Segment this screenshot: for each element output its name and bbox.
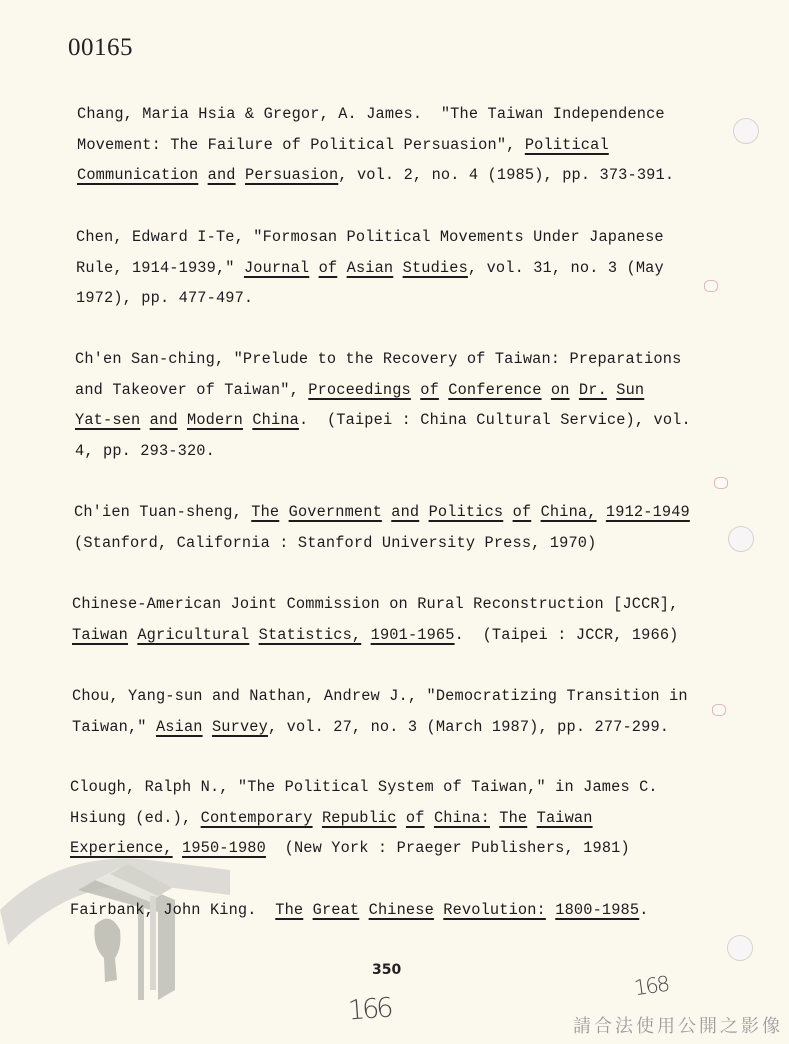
entry-text: (New York : Praeger Publishers, 1981) <box>266 839 630 857</box>
entry-text <box>527 809 536 827</box>
bibliography-entry: Chou, Yang-sun and Nathan, Andrew J., "D… <box>72 681 688 742</box>
bibliography-entry: Fairbank, John King. The Great Chinese R… <box>70 895 649 926</box>
entry-text <box>570 381 579 399</box>
underlined-title-word: of <box>513 503 532 521</box>
entry-text <box>236 166 245 184</box>
underlined-title-word: Conference <box>448 381 541 399</box>
entry-text: Chou, Yang-sun and Nathan, Andrew J., "D… <box>72 687 688 705</box>
entry-text <box>503 503 512 521</box>
entry-text <box>198 166 207 184</box>
handwritten-page-note: 168 <box>632 972 669 1001</box>
underlined-title-word: China <box>252 411 299 429</box>
entry-text <box>359 901 368 919</box>
handwritten-page-note: 166 <box>347 993 392 1027</box>
entry-text <box>243 411 252 429</box>
underlined-title-word: Journal <box>244 259 309 277</box>
underlined-title-word: Persuasion <box>245 166 338 184</box>
entry-text: 1972), pp. 477-497. <box>76 289 253 307</box>
document-number: 00165 <box>68 34 133 62</box>
underlined-title-word: Chinese <box>369 901 434 919</box>
entry-text <box>397 809 406 827</box>
entry-text <box>313 809 322 827</box>
entry-text <box>542 381 551 399</box>
underlined-title-word: Great <box>313 901 360 919</box>
underlined-title-word: Taiwan <box>72 626 128 644</box>
underlined-title-word: The <box>499 809 527 827</box>
paper-speck-icon <box>712 704 726 716</box>
bibliography-entry: Chinese-American Joint Commission on Rur… <box>72 589 679 650</box>
entry-line: Fairbank, John King. The Great Chinese R… <box>70 895 649 926</box>
punch-hole-icon <box>727 935 753 961</box>
entry-text: Ch'ien Tuan-sheng, <box>74 503 251 521</box>
entry-text <box>439 381 448 399</box>
entry-line: Clough, Ralph N., "The Political System … <box>70 772 658 803</box>
underlined-title-word: 1950-1980 <box>182 839 266 857</box>
underlined-title-word: Modern <box>187 411 243 429</box>
underlined-title-word: Statistics, <box>259 626 362 644</box>
underlined-title-word: Dr. <box>579 381 607 399</box>
entry-text <box>546 901 555 919</box>
underlined-title-word: Taiwan <box>537 809 593 827</box>
entry-text <box>178 411 187 429</box>
underlined-title-word: Asian <box>156 718 203 736</box>
entry-text <box>531 503 540 521</box>
entry-text <box>361 626 370 644</box>
paper-speck-icon <box>704 280 718 292</box>
bibliography-entry: Ch'ien Tuan-sheng, The Government and Po… <box>74 497 690 558</box>
entry-text <box>382 503 391 521</box>
entry-text: Chen, Edward I-Te, "Formosan Political M… <box>76 228 664 246</box>
entry-text <box>434 901 443 919</box>
underlined-title-word: and <box>150 411 178 429</box>
watermark-text: 請合法使用公開之影像 <box>573 1012 783 1038</box>
archive-logo-watermark-icon <box>0 850 240 1010</box>
underlined-title-word: Government <box>289 503 382 521</box>
underlined-title-word: China: <box>434 809 490 827</box>
entry-line: Ch'ien Tuan-sheng, The Government and Po… <box>74 497 690 528</box>
entry-text: . <box>639 901 648 919</box>
underlined-title-word: 1912-1949 <box>606 503 690 521</box>
entry-text: Ch'en San-ching, "Prelude to the Recover… <box>75 350 681 368</box>
entry-text: 4, pp. 293-320. <box>75 442 215 460</box>
entry-text <box>128 626 137 644</box>
entry-line: Rule, 1914-1939," Journal of Asian Studi… <box>76 253 664 284</box>
paper-speck-icon <box>714 477 728 489</box>
entry-text <box>411 381 420 399</box>
entry-line: Movement: The Failure of Political Persu… <box>77 130 674 161</box>
entry-line: Chang, Maria Hsia & Gregor, A. James. "T… <box>77 99 674 130</box>
entry-line: 4, pp. 293-320. <box>75 436 691 467</box>
entry-text <box>490 809 499 827</box>
underlined-title-word: Sun <box>616 381 644 399</box>
entry-text: Chang, Maria Hsia & Gregor, A. James. "T… <box>77 105 665 123</box>
entry-text <box>337 259 346 277</box>
entry-text <box>249 626 258 644</box>
entry-line: Chen, Edward I-Te, "Formosan Political M… <box>76 222 664 253</box>
entry-text: , vol. 2, no. 4 (1985), pp. 373-391. <box>338 166 674 184</box>
entry-text: Taiwan," <box>72 718 156 736</box>
underlined-title-word: Survey <box>212 718 268 736</box>
entry-line: 1972), pp. 477-497. <box>76 283 664 314</box>
entry-text: (Stanford, California : Stanford Univers… <box>74 534 596 552</box>
underlined-title-word: The <box>275 901 303 919</box>
underlined-title-word: Agricultural <box>137 626 249 644</box>
bibliography-entry: Chang, Maria Hsia & Gregor, A. James. "T… <box>77 99 674 191</box>
entry-line: Hsiung (ed.), Contemporary Republic of C… <box>70 803 658 834</box>
punch-hole-icon <box>728 526 754 552</box>
entry-text <box>597 503 606 521</box>
underlined-title-word: of <box>406 809 425 827</box>
entry-line: Yat-sen and Modern China. (Taipei : Chin… <box>75 405 691 436</box>
underlined-title-word: Republic <box>322 809 397 827</box>
entry-line: Communication and Persuasion, vol. 2, no… <box>77 160 674 191</box>
entry-text <box>279 503 288 521</box>
underlined-title-word: Experience, <box>70 839 173 857</box>
entry-line: Chinese-American Joint Commission on Rur… <box>72 589 679 620</box>
entry-text: Fairbank, John King. <box>70 901 275 919</box>
entry-text: Movement: The Failure of Political Persu… <box>77 136 525 154</box>
entry-line: (Stanford, California : Stanford Univers… <box>74 528 690 559</box>
entry-text: Rule, 1914-1939," <box>76 259 244 277</box>
entry-text: and Takeover of Taiwan", <box>75 381 308 399</box>
entry-text <box>140 411 149 429</box>
entry-line: Ch'en San-ching, "Prelude to the Recover… <box>75 344 691 375</box>
entry-text: Clough, Ralph N., "The Political System … <box>70 778 658 796</box>
bibliography-entry: Clough, Ralph N., "The Political System … <box>70 772 658 864</box>
bibliography-entry: Ch'en San-ching, "Prelude to the Recover… <box>75 344 691 466</box>
underlined-title-word: The <box>251 503 279 521</box>
underlined-title-word: Political <box>525 136 609 154</box>
entry-line: Experience, 1950-1980 (New York : Praege… <box>70 833 658 864</box>
underlined-title-word: and <box>391 503 419 521</box>
bibliography-entry: Chen, Edward I-Te, "Formosan Political M… <box>76 222 664 314</box>
underlined-title-word: Asian <box>347 259 394 277</box>
entry-line: Taiwan Agricultural Statistics, 1901-196… <box>72 620 679 651</box>
underlined-title-word: Politics <box>429 503 504 521</box>
underlined-title-word: on <box>551 381 570 399</box>
entry-text <box>425 809 434 827</box>
underlined-title-word: Studies <box>403 259 468 277</box>
entry-text: Hsiung (ed.), <box>70 809 201 827</box>
entry-text: . (Taipei : China Cultural Service), vol… <box>299 411 691 429</box>
underlined-title-word: Communication <box>77 166 198 184</box>
underlined-title-word: 1901-1965 <box>371 626 455 644</box>
scanned-page: 00165 Chang, Maria Hsia & Gregor, A. Jam… <box>0 0 789 1044</box>
entry-text <box>607 381 616 399</box>
entry-text: , vol. 27, no. 3 (March 1987), pp. 277-2… <box>268 718 669 736</box>
entry-text <box>203 718 212 736</box>
entry-line: Chou, Yang-sun and Nathan, Andrew J., "D… <box>72 681 688 712</box>
underlined-title-word: of <box>319 259 338 277</box>
entry-text: Chinese-American Joint Commission on Rur… <box>72 595 678 613</box>
entry-text <box>303 901 312 919</box>
underlined-title-word: of <box>420 381 439 399</box>
underlined-title-word: Revolution: <box>443 901 546 919</box>
underlined-title-word: and <box>208 166 236 184</box>
entry-text <box>309 259 318 277</box>
underlined-title-word: 1800-1985 <box>555 901 639 919</box>
entry-text <box>419 503 428 521</box>
entry-text <box>393 259 402 277</box>
page-number: 350 <box>372 962 401 978</box>
entry-line: Taiwan," Asian Survey, vol. 27, no. 3 (M… <box>72 712 688 743</box>
underlined-title-word: Contemporary <box>201 809 313 827</box>
entry-text: , vol. 31, no. 3 (May <box>468 259 664 277</box>
entry-text <box>173 839 182 857</box>
underlined-title-word: Proceedings <box>308 381 411 399</box>
punch-hole-icon <box>733 118 759 144</box>
underlined-title-word: Yat-sen <box>75 411 140 429</box>
entry-text: . (Taipei : JCCR, 1966) <box>455 626 679 644</box>
underlined-title-word: China, <box>541 503 597 521</box>
entry-line: and Takeover of Taiwan", Proceedings of … <box>75 375 691 406</box>
